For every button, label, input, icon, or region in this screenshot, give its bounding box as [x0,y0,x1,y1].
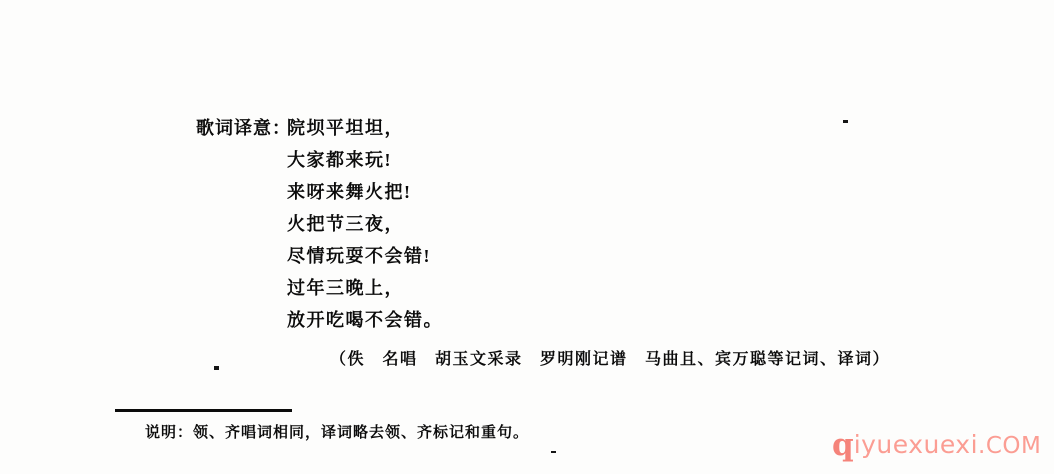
site-watermark: qiyuexuexi.COM [832,427,1041,463]
lyric-line: 院坝平坦坦， [287,112,443,144]
lyric-line: 尽情玩耍不会错! [287,240,443,272]
lyric-line: 放开吃喝不会错。 [287,304,443,336]
scan-speck [551,451,556,453]
song-credits-line: （佚 名唱 胡玉文采录 罗明刚记谱 马曲且、宾万聪等记词、译词） [330,348,890,372]
scanned-songbook-page: 歌词译意： 院坝平坦坦， 大家都来玩! 来呀来舞火把! 火把节三夜， 尽情玩耍不… [0,0,1054,474]
lyric-line: 过年三晚上， [287,272,443,304]
lyrics-translation-label: 歌词译意： [196,112,291,144]
scan-speck [843,120,848,123]
lyric-line: 火把节三夜， [287,208,443,240]
lyrics-translation-block: 院坝平坦坦， 大家都来玩! 来呀来舞火把! 火把节三夜， 尽情玩耍不会错! 过年… [287,112,443,336]
lyric-line: 来呀来舞火把! [287,176,443,208]
watermark-site-name: iyuexuexi [854,430,978,459]
lyric-line: 大家都来玩! [287,144,443,176]
footnote-divider-rule [115,409,292,412]
footnote-text: 领、齐唱词相同，译词略去领、齐标记和重句。 [193,425,529,441]
watermark-domain: .COM [978,433,1041,459]
scan-speck [214,366,219,370]
watermark-q-logo: q [832,427,854,463]
footnote-label: 说明： [145,425,193,441]
footnote-line: 说明：领、齐唱词相同，译词略去领、齐标记和重句。 [145,421,529,445]
